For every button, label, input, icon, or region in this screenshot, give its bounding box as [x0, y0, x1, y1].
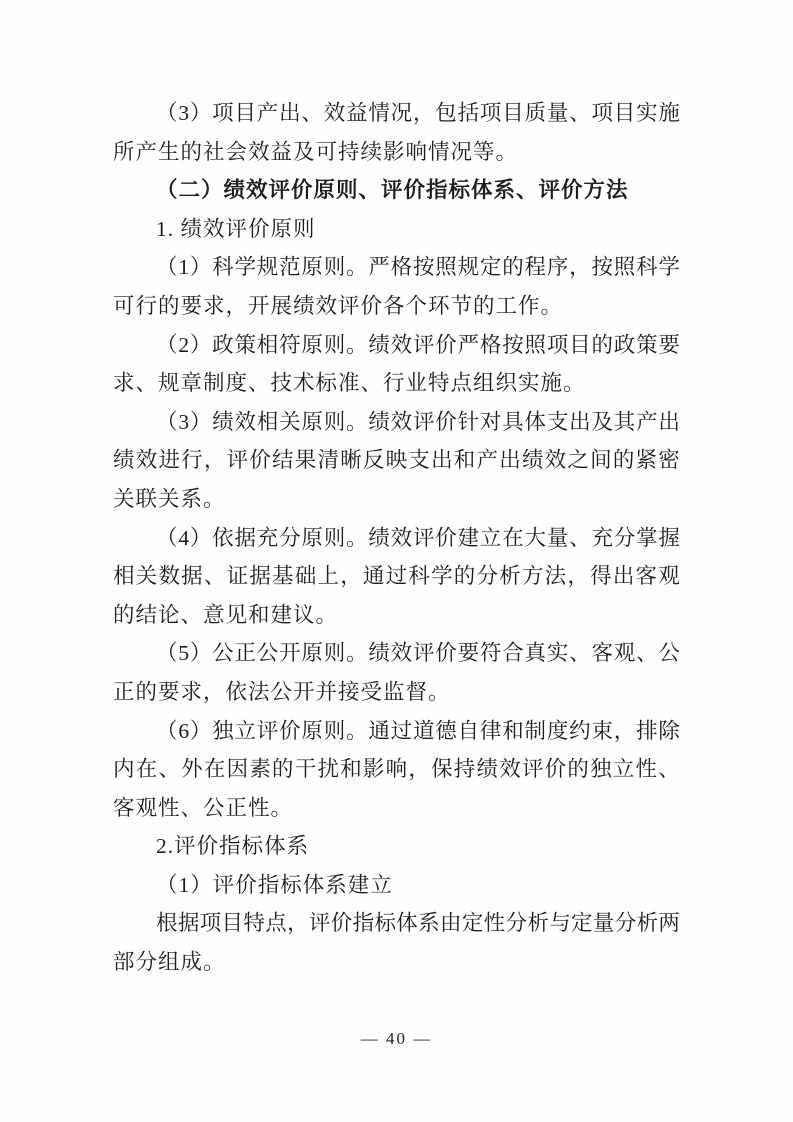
text-line: 根据项目特点，评价指标体系由定性分析与定量分析两	[113, 904, 680, 943]
text-line: （6）独立评价原则。通过道德自律和制度约束，排除	[113, 712, 680, 751]
text-line: 正的要求，依法公开并接受监督。	[113, 673, 680, 712]
text-line: 所产生的社会效益及可持续影响情况等。	[113, 133, 680, 172]
text-line: （3）项目产出、效益情况，包括项目质量、项目实施	[113, 94, 680, 133]
text-line: 内在、外在因素的干扰和影响，保持绩效评价的独立性、	[113, 750, 680, 789]
text-line: 绩效进行，评价结果清晰反映支出和产出绩效之间的紧密	[113, 441, 680, 480]
text-line: 客观性、公正性。	[113, 789, 680, 828]
text-line: （4）依据充分原则。绩效评价建立在大量、充分掌握	[113, 519, 680, 558]
text-line: 部分组成。	[113, 943, 680, 982]
text-line: 2.评价指标体系	[113, 827, 680, 866]
text-line: 的结论、意见和建议。	[113, 596, 680, 635]
page-number: — 40 —	[0, 1029, 793, 1049]
text-line: （1）评价指标体系建立	[113, 866, 680, 905]
document-body: （3）项目产出、效益情况，包括项目质量、项目实施所产生的社会效益及可持续影响情况…	[113, 94, 680, 982]
text-line: 求、规章制度、技术标准、行业特点组织实施。	[113, 364, 680, 403]
text-line: （5）公正公开原则。绩效评价要符合真实、客观、公	[113, 634, 680, 673]
text-line: （1）科学规范原则。严格按照规定的程序，按照科学	[113, 248, 680, 287]
text-line: 1. 绩效评价原则	[113, 210, 680, 249]
text-line: 相关数据、证据基础上，通过科学的分析方法，得出客观	[113, 557, 680, 596]
text-line: （3）绩效相关原则。绩效评价针对具体支出及其产出	[113, 403, 680, 442]
document-page: （3）项目产出、效益情况，包括项目质量、项目实施所产生的社会效益及可持续影响情况…	[0, 0, 793, 1122]
heading-line: （二）绩效评价原则、评价指标体系、评价方法	[113, 171, 680, 210]
text-line: 关联关系。	[113, 480, 680, 519]
text-line: 可行的要求，开展绩效评价各个环节的工作。	[113, 287, 680, 326]
text-line: （2）政策相符原则。绩效评价严格按照项目的政策要	[113, 326, 680, 365]
